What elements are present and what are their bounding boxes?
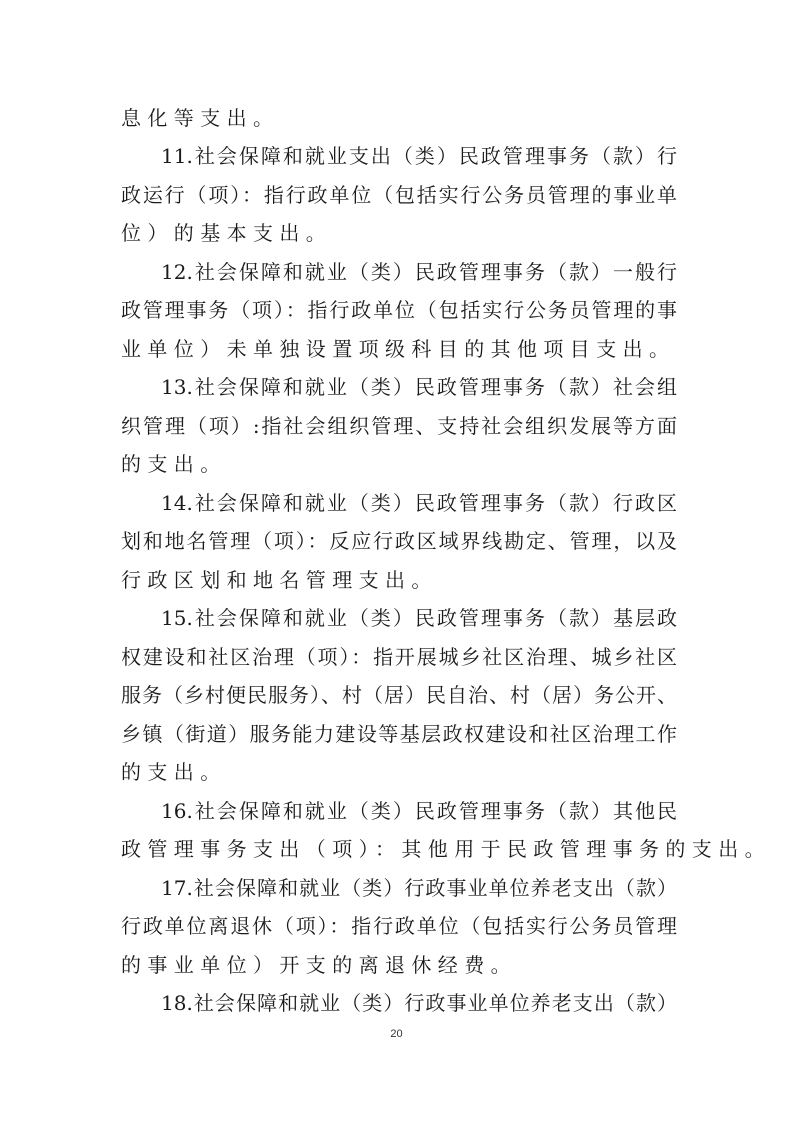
text-line: 15.社会保障和就业（类）民政管理事务（款）基层政	[161, 603, 677, 633]
text-line: 政管理事务（项）：指行政单位（包括实行公务员管理的事	[121, 295, 677, 325]
text-line: 的事业单位）开支的离退休经费。	[121, 950, 677, 980]
text-line: 17.社会保障和就业（类）行政事业单位养老支出（款）	[161, 873, 677, 903]
text-line: 政运行（项）：指行政单位（包括实行公务员管理的事业单	[121, 180, 677, 210]
text-line: 划和地名管理（项）：反应行政区域界线勘定、管理，以及	[121, 526, 677, 556]
text-line: 行政区划和地名管理支出。	[121, 565, 677, 595]
text-line: 13.社会保障和就业（类）民政管理事务（款）社会组	[161, 372, 677, 402]
text-line: 12.社会保障和就业（类）民政管理事务（款）一般行	[161, 257, 677, 287]
text-line: 14.社会保障和就业（类）民政管理事务（款）行政区	[161, 488, 677, 518]
document-page: 息化等支出。11.社会保障和就业支出（类）民政管理事务（款）行政运行（项）：指行…	[0, 0, 793, 1122]
text-line: 息化等支出。	[121, 103, 677, 133]
text-line: 的支出。	[121, 757, 677, 787]
text-line: 业单位）未单独设置项级科目的其他项目支出。	[121, 334, 677, 364]
text-line: 行政单位离退休（项）：指行政单位（包括实行公务员管理	[121, 911, 677, 941]
text-line: 11.社会保障和就业支出（类）民政管理事务（款）行	[161, 141, 677, 171]
text-line: 16.社会保障和就业（类）民政管理事务（款）其他民	[161, 796, 677, 826]
text-line: 乡镇（街道）服务能力建设等基层政权建设和社区治理工作	[121, 719, 677, 749]
text-line: 权建设和社区治理（项）：指开展城乡社区治理、城乡社区	[121, 642, 677, 672]
text-line: 服务（乡村便民服务）、村（居）民自治、村（居）务公开、	[121, 680, 677, 710]
text-line: 织管理（项）:指社会组织管理、支持社会组织发展等方面	[121, 411, 677, 441]
text-line: 18.社会保障和就业（类）行政事业单位养老支出（款）	[161, 988, 677, 1018]
text-line: 政管理事务支出（项）：其他用于民政管理事务的支出。	[121, 834, 677, 864]
text-line: 位）的基本支出。	[121, 218, 677, 248]
text-line: 的支出。	[121, 449, 677, 479]
page-number: 20	[0, 1028, 793, 1040]
